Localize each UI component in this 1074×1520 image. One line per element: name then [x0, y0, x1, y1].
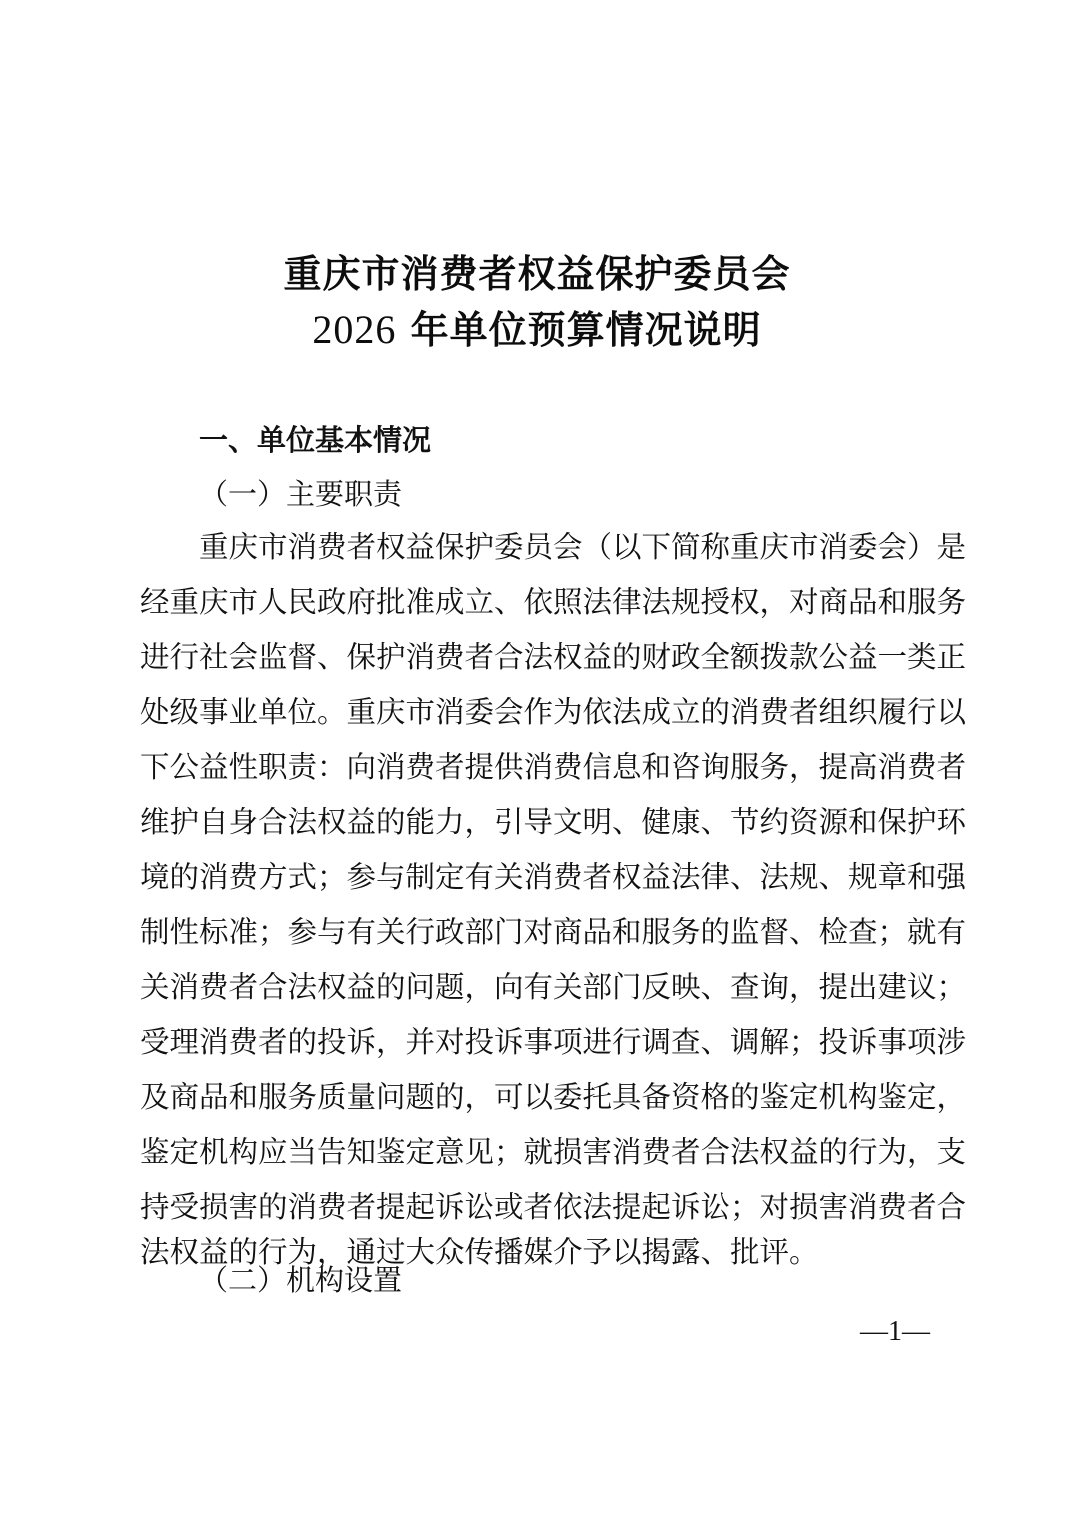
document-title-line-2: 2026 年单位预算情况说明 — [0, 302, 1074, 358]
paragraph-line: 及商品和服务质量问题的，可以委托具备资格的鉴定机构鉴定， — [140, 1075, 936, 1119]
paragraph-line: 受理消费者的投诉，并对投诉事项进行调查、调解；投诉事项涉 — [140, 1020, 936, 1064]
paragraph-line: 经重庆市人民政府批准成立、依照法律法规授权，对商品和服务 — [140, 580, 936, 624]
paragraph-line: 进行社会监督、保护消费者合法权益的财政全额拨款公益一类正 — [140, 635, 936, 679]
paragraph-line: 境的消费方式；参与制定有关消费者权益法律、法规、规章和强 — [140, 855, 936, 899]
paragraph-line: 维护自身合法权益的能力，引导文明、健康、节约资源和保护环 — [140, 800, 936, 844]
subsection-heading-org-structure: （二）机构设置 — [199, 1258, 402, 1302]
title-year: 2026 — [312, 307, 396, 352]
document-title-line-1: 重庆市消费者权益保护委员会 — [0, 246, 1074, 302]
subsection-heading-main-duties: （一）主要职责 — [199, 472, 402, 516]
section-heading-basic-info: 一、单位基本情况 — [199, 418, 431, 462]
paragraph-line: 鉴定机构应当告知鉴定意见；就损害消费者合法权益的行为，支 — [140, 1130, 936, 1174]
title-line-2-text: 年单位预算情况说明 — [396, 307, 761, 352]
paragraph-line: 下公益性职责：向消费者提供消费信息和咨询服务，提高消费者 — [140, 745, 936, 789]
page-number: —1— — [860, 1312, 930, 1352]
paragraph-line: 重庆市消费者权益保护委员会（以下简称重庆市消委会）是 — [199, 525, 936, 569]
paragraph-line: 制性标准；参与有关行政部门对商品和服务的监督、检查；就有 — [140, 910, 936, 954]
paragraph-line: 关消费者合法权益的问题，向有关部门反映、查询，提出建议； — [140, 965, 936, 1009]
paragraph-line: 持受损害的消费者提起诉讼或者依法提起诉讼；对损害消费者合 — [140, 1185, 936, 1229]
document-page: 重庆市消费者权益保护委员会 2026 年单位预算情况说明 一、单位基本情况 （一… — [0, 0, 1074, 1520]
paragraph-line: 处级事业单位。重庆市消委会作为依法成立的消费者组织履行以 — [140, 690, 936, 734]
